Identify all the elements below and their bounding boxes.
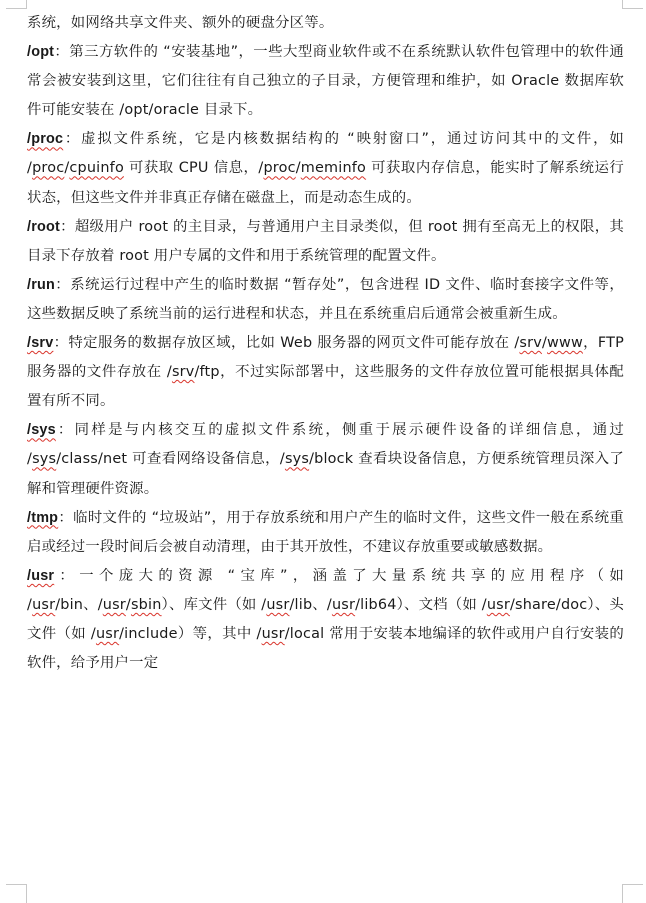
spellcheck-flagged-word: srv <box>519 335 542 351</box>
paragraph-usr: /usr：一个庞大的资源 “宝库”，涵盖了大量系统共享的应用程序（如 /usr/… <box>27 562 624 678</box>
spellcheck-flagged-word: usr <box>266 597 289 613</box>
term-colon: ： <box>54 568 79 584</box>
directory-term: /sys <box>27 422 56 438</box>
spellcheck-flagged-word: proc <box>263 160 295 176</box>
spellcheck-flagged-word: sbin <box>131 597 162 613</box>
paragraph-text: /bin、/ <box>55 597 103 613</box>
spellcheck-flagged-word: proc <box>32 160 64 176</box>
crop-mark-bottom-right <box>622 884 643 903</box>
term-colon: ： <box>53 335 68 351</box>
paragraph-text: /lib64）、文档（如 / <box>355 597 487 613</box>
crop-mark-bottom-left <box>6 884 27 903</box>
directory-term: /opt <box>27 44 54 60</box>
term-colon: ： <box>63 131 81 147</box>
paragraph-sys: /sys：同样是与内核交互的虚拟文件系统，侧重于展示硬件设备的详细信息，通过 /… <box>27 416 624 503</box>
spellcheck-flagged-word: usr <box>32 597 55 613</box>
paragraph-text: 临时文件的 “垃圾站”，用于存放系统和用户产生的临时文件，这些文件一般在系统重启… <box>27 510 624 555</box>
directory-term: /srv <box>27 335 53 351</box>
directory-term: /tmp <box>27 510 58 526</box>
paragraph-text: 系统运行过程中产生的临时数据 “暂存处”，包含进程 ID 文件、临时套接字文件等… <box>27 277 624 322</box>
paragraph-tmp: /tmp：临时文件的 “垃圾站”，用于存放系统和用户产生的临时文件，这些文件一般… <box>27 504 624 562</box>
paragraph-text: /include）等，其中 / <box>119 626 261 642</box>
paragraph-run: /run：系统运行过程中产生的临时数据 “暂存处”，包含进程 ID 文件、临时套… <box>27 271 624 329</box>
spellcheck-flagged-word: usr <box>332 597 355 613</box>
paragraph-proc: /proc：虚拟文件系统，它是内核数据结构的 “映射窗口”，通过访问其中的文件，… <box>27 125 624 212</box>
paragraph-text: /class/net 可查看网络设备信息，/ <box>56 451 285 467</box>
directory-term: /run <box>27 277 55 293</box>
paragraph-text: 系统，如网络共享文件夹、额外的硬盘分区等。 <box>27 15 333 31</box>
paragraph-text: 可获取 CPU 信息，/ <box>124 160 264 176</box>
crop-mark-top-left <box>6 0 27 9</box>
spellcheck-flagged-word: usr <box>487 597 510 613</box>
term-colon: ： <box>58 510 73 526</box>
paragraph-text: 特定服务的数据存放区域，比如 Web 服务器的网页文件可能存放在 / <box>68 335 519 351</box>
paragraph-text: ）、库文件（如 / <box>162 597 267 613</box>
document-page[interactable]: 系统，如网络共享文件夹、额外的硬盘分区等。/opt：第三方软件的 “安装基地”，… <box>0 0 646 903</box>
spellcheck-flagged-word: srv <box>172 364 195 380</box>
spellcheck-flagged-word: meminfo <box>301 160 366 176</box>
paragraph-root: /root：超级用户 root 的主目录，与普通用户主目录类似，但 root 拥… <box>27 213 624 271</box>
paragraph-text: 第三方软件的 “安装基地”，一些大型商业软件或不在系统默认软件包管理中的软件通常… <box>27 44 624 118</box>
spellcheck-flagged-word: cpuinfo <box>69 160 124 176</box>
document-body[interactable]: 系统，如网络共享文件夹、额外的硬盘分区等。/opt：第三方软件的 “安装基地”，… <box>27 9 624 678</box>
spellcheck-flagged-word: usr <box>103 597 126 613</box>
paragraph-continuation: 系统，如网络共享文件夹、额外的硬盘分区等。 <box>27 9 624 38</box>
term-colon: ： <box>54 44 69 60</box>
crop-mark-top-right <box>622 0 643 9</box>
spellcheck-flagged-word: www <box>547 335 583 351</box>
paragraph-text: 超级用户 root 的主目录，与普通用户主目录类似，但 root 拥有至高无上的… <box>27 219 624 264</box>
directory-term: /proc <box>27 131 63 147</box>
paragraph-srv: /srv：特定服务的数据存放区域，比如 Web 服务器的网页文件可能存放在 /s… <box>27 329 624 416</box>
paragraph-opt: /opt：第三方软件的 “安装基地”，一些大型商业软件或不在系统默认软件包管理中… <box>27 38 624 125</box>
spellcheck-flagged-word: usr <box>96 626 119 642</box>
paragraph-text: /lib、/ <box>290 597 332 613</box>
spellcheck-flagged-word: usr <box>262 626 285 642</box>
spellcheck-flagged-word: sys <box>285 451 309 467</box>
term-colon: ： <box>56 422 75 438</box>
term-colon: ： <box>55 277 70 293</box>
directory-term: /root <box>27 219 60 235</box>
directory-term: /usr <box>27 568 54 584</box>
term-colon: ： <box>60 219 75 235</box>
spellcheck-flagged-word: sys <box>32 451 56 467</box>
